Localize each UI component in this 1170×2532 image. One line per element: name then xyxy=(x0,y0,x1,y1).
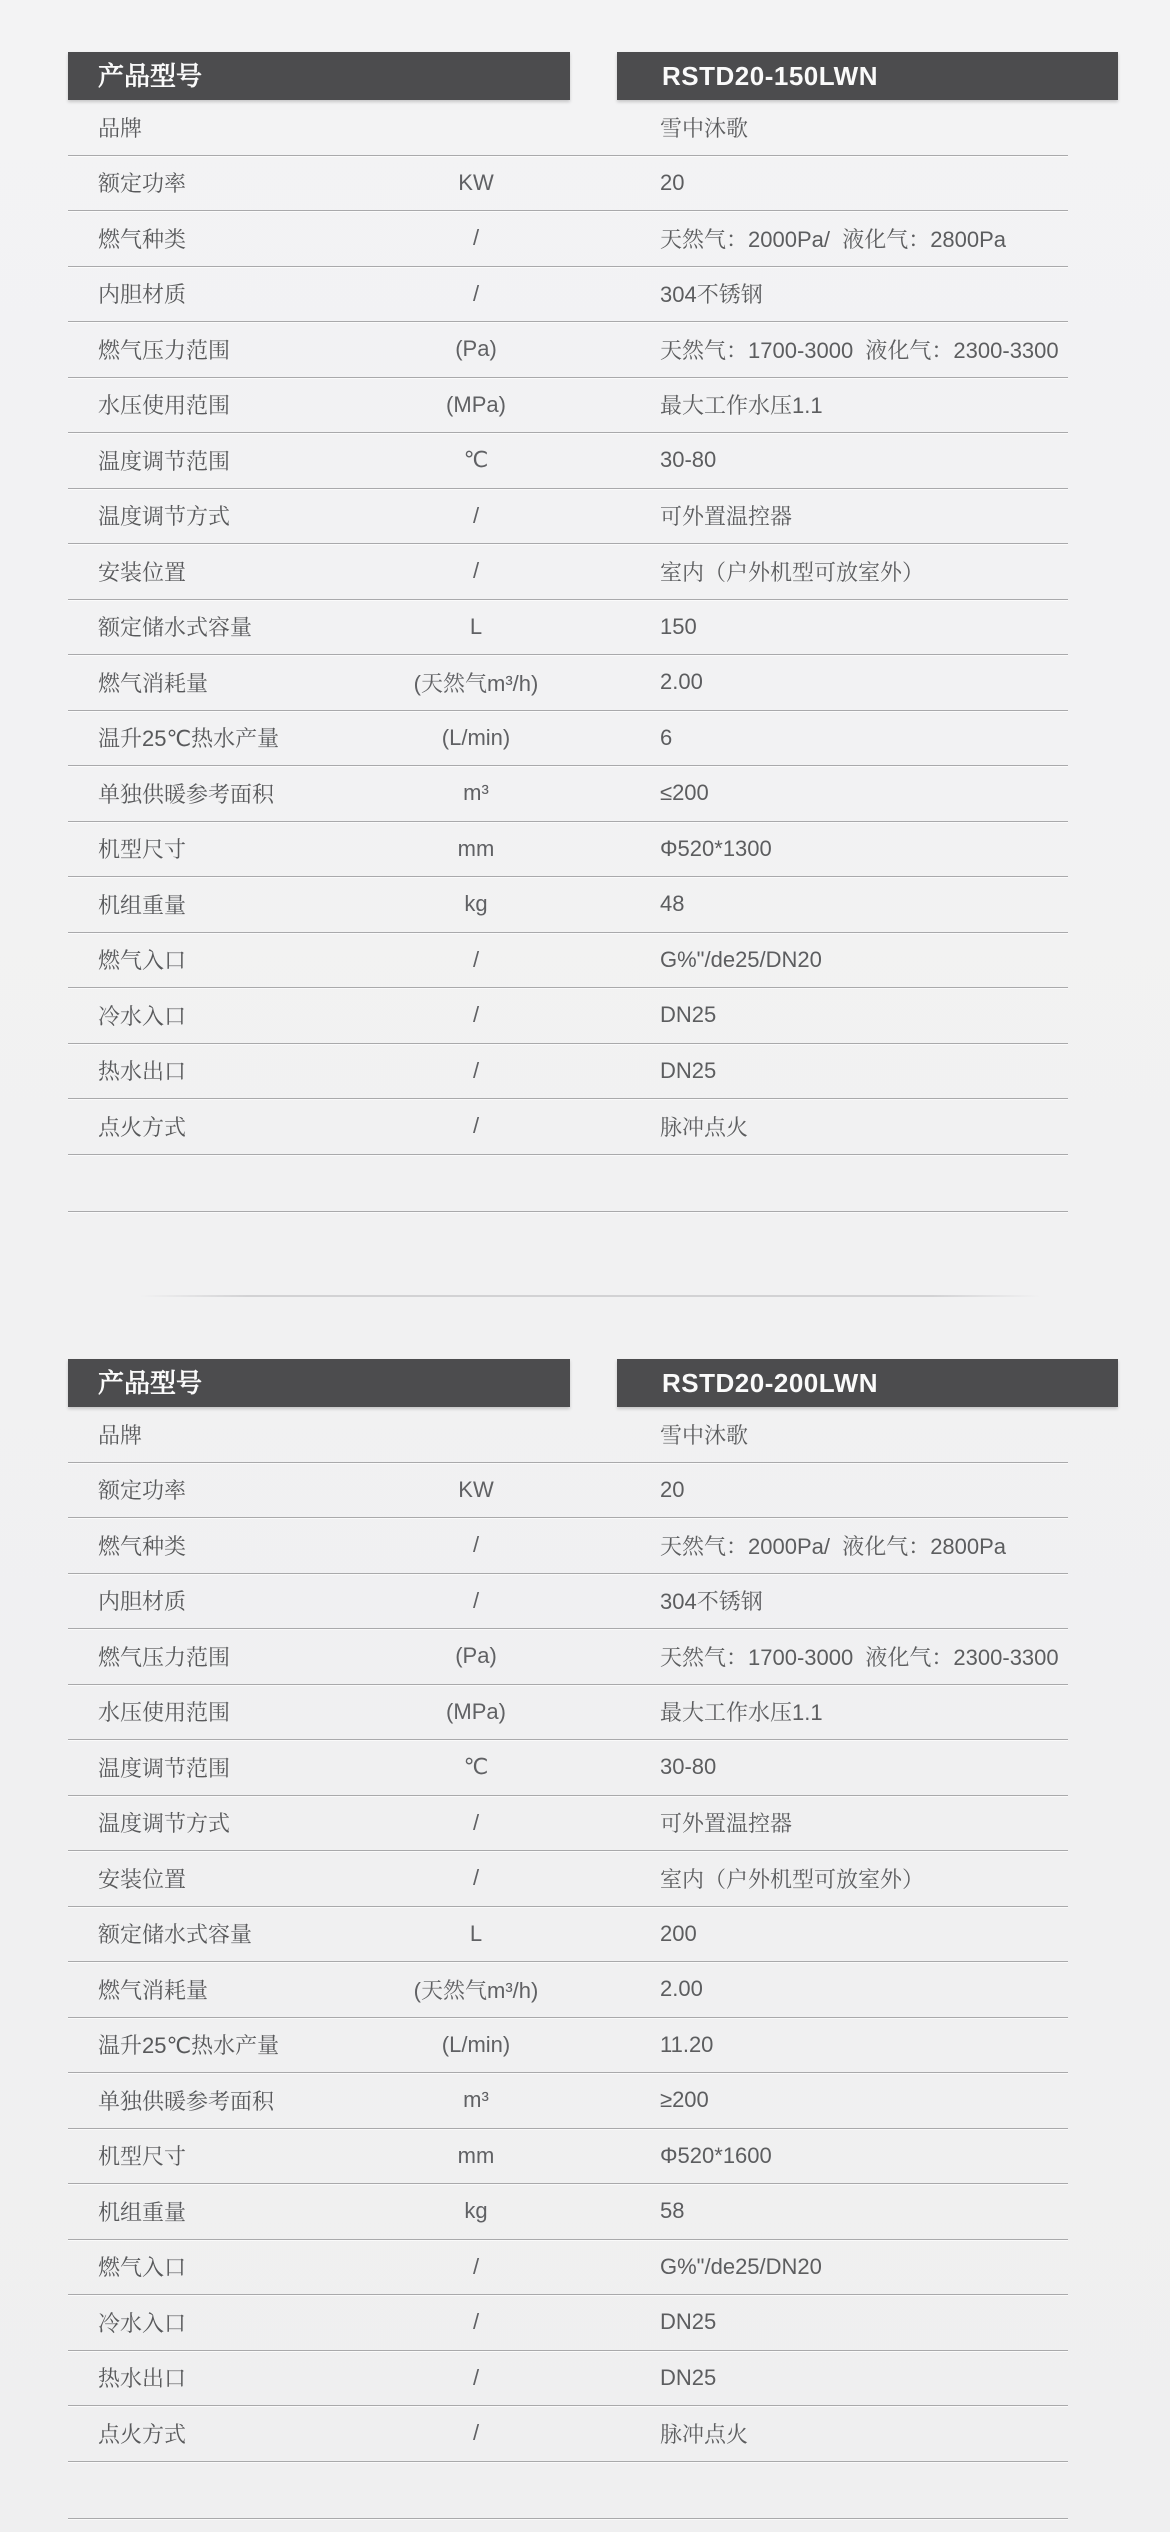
spec-value: 天然气：2000Pa/ 液化气：2800Pa xyxy=(594,223,1068,254)
spec-unit: KW xyxy=(358,170,594,196)
table-row: 额定储水式容量L150 xyxy=(68,600,1068,656)
spec-unit: / xyxy=(358,2309,594,2335)
spec-value: 30-80 xyxy=(594,447,1068,473)
spec-value: 200 xyxy=(594,1921,1068,1947)
spec-value: 天然气：1700-3000 液化气：2300-3300 xyxy=(594,334,1068,365)
table-row: 燃气入口/G%"/de25/DN20 xyxy=(68,2240,1068,2296)
spec-value: 304不锈钢 xyxy=(594,1585,1068,1616)
spec-value: DN25 xyxy=(594,2365,1068,2391)
spec-value: 室内（户外机型可放室外） xyxy=(594,556,1068,587)
spec-label: 单独供暖参考面积 xyxy=(68,2085,358,2116)
spec-unit: ℃ xyxy=(358,447,594,473)
table-row: 安装位置/室内（户外机型可放室外） xyxy=(68,544,1068,600)
spec-unit: / xyxy=(358,1865,594,1891)
spec-unit: / xyxy=(358,2254,594,2280)
spec-table-rstd20-150lwn: 产品型号 RSTD20-150LWN 品牌雪中沐歌额定功率KW20燃气种类/天然… xyxy=(0,52,1170,1212)
spec-unit: (天然气m³/h) xyxy=(358,1974,594,2005)
table-row: 安装位置/室内（户外机型可放室外） xyxy=(68,1851,1068,1907)
table-row: 燃气种类/天然气：2000Pa/ 液化气：2800Pa xyxy=(68,1518,1068,1574)
spec-value: 脉冲点火 xyxy=(594,2418,1068,2449)
spec-unit: mm xyxy=(358,836,594,862)
table-header: 产品型号 RSTD20-200LWN xyxy=(0,1359,1170,1407)
spec-label: 额定储水式容量 xyxy=(68,611,358,642)
spec-unit: (L/min) xyxy=(358,2032,594,2058)
spec-unit: / xyxy=(358,281,594,307)
spec-label: 点火方式 xyxy=(68,1111,358,1142)
spec-unit: / xyxy=(358,1058,594,1084)
empty-row xyxy=(68,2462,1068,2519)
spec-value: 脉冲点火 xyxy=(594,1111,1068,1142)
spec-label: 额定储水式容量 xyxy=(68,1918,358,1949)
spec-value: 室内（户外机型可放室外） xyxy=(594,1863,1068,1894)
spec-label: 燃气种类 xyxy=(68,223,358,254)
spec-value: DN25 xyxy=(594,1058,1068,1084)
spec-value: 58 xyxy=(594,2198,1068,2224)
table-row: 单独供暖参考面积m³≥200 xyxy=(68,2073,1068,2129)
table-row: 点火方式/脉冲点火 xyxy=(68,1099,1068,1155)
spec-value: 48 xyxy=(594,891,1068,917)
spec-unit: (L/min) xyxy=(358,725,594,751)
spec-value: 最大工作水压1.1 xyxy=(594,1696,1068,1727)
table-separator-line xyxy=(140,1295,1040,1297)
spec-unit: mm xyxy=(358,2143,594,2169)
spec-label: 燃气消耗量 xyxy=(68,667,358,698)
spec-value: 6 xyxy=(594,725,1068,751)
spec-table-rstd20-200lwn: 产品型号 RSTD20-200LWN 品牌雪中沐歌额定功率KW20燃气种类/天然… xyxy=(0,1359,1170,2519)
spec-unit: kg xyxy=(358,2198,594,2224)
spec-label: 燃气入口 xyxy=(68,944,358,975)
spec-unit: (Pa) xyxy=(358,1643,594,1669)
table-row: 热水出口/DN25 xyxy=(68,1044,1068,1100)
spec-value: 天然气：1700-3000 液化气：2300-3300 xyxy=(594,1641,1068,1672)
spec-unit: / xyxy=(358,558,594,584)
spec-value: Φ520*1600 xyxy=(594,2143,1068,2169)
spec-unit: kg xyxy=(358,891,594,917)
table-row: 温度调节范围℃30-80 xyxy=(68,1740,1068,1796)
table-row: 温升25℃热水产量(L/min)11.20 xyxy=(68,2018,1068,2074)
spec-value: G%"/de25/DN20 xyxy=(594,947,1068,973)
table-row: 额定功率KW20 xyxy=(68,1463,1068,1519)
table-row: 温升25℃热水产量(L/min)6 xyxy=(68,711,1068,767)
table-row: 品牌雪中沐歌 xyxy=(68,100,1068,156)
spec-unit: / xyxy=(358,1532,594,1558)
spec-value: 雪中沐歌 xyxy=(594,1419,1068,1450)
spec-label: 冷水入口 xyxy=(68,1000,358,1031)
table-row: 燃气消耗量(天然气m³/h)2.00 xyxy=(68,1962,1068,2018)
table-row: 机组重量kg48 xyxy=(68,877,1068,933)
spec-label: 温度调节范围 xyxy=(68,445,358,476)
table-row: 品牌雪中沐歌 xyxy=(68,1407,1068,1463)
spec-value: 天然气：2000Pa/ 液化气：2800Pa xyxy=(594,1530,1068,1561)
spec-value: 可外置温控器 xyxy=(594,1807,1068,1838)
spec-value: DN25 xyxy=(594,2309,1068,2335)
spec-label: 冷水入口 xyxy=(68,2307,358,2338)
table-row: 内胆材质/304不锈钢 xyxy=(68,267,1068,323)
spec-value: 150 xyxy=(594,614,1068,640)
table-row: 温度调节范围℃30-80 xyxy=(68,433,1068,489)
spec-value: 2.00 xyxy=(594,669,1068,695)
table-row: 热水出口/DN25 xyxy=(68,2351,1068,2407)
table-row: 燃气消耗量(天然气m³/h)2.00 xyxy=(68,655,1068,711)
spec-unit: / xyxy=(358,947,594,973)
table-row: 冷水入口/DN25 xyxy=(68,2295,1068,2351)
table-row: 冷水入口/DN25 xyxy=(68,988,1068,1044)
spec-label: 水压使用范围 xyxy=(68,389,358,420)
table-row: 燃气压力范围(Pa)天然气：1700-3000 液化气：2300-3300 xyxy=(68,322,1068,378)
product-model-header-label: 产品型号 xyxy=(68,52,570,100)
spec-value: 最大工作水压1.1 xyxy=(594,389,1068,420)
table-row: 温度调节方式/可外置温控器 xyxy=(68,489,1068,545)
spec-unit: KW xyxy=(358,1477,594,1503)
spec-unit: (Pa) xyxy=(358,336,594,362)
table-row: 额定功率KW20 xyxy=(68,156,1068,212)
table-row: 燃气种类/天然气：2000Pa/ 液化气：2800Pa xyxy=(68,211,1068,267)
spec-label: 温升25℃热水产量 xyxy=(68,2029,358,2060)
spec-unit: (MPa) xyxy=(358,1699,594,1725)
spec-unit: / xyxy=(358,1002,594,1028)
spec-label: 燃气压力范围 xyxy=(68,1641,358,1672)
spec-label: 内胆材质 xyxy=(68,1585,358,1616)
spec-label: 机型尺寸 xyxy=(68,833,358,864)
spec-label: 燃气入口 xyxy=(68,2251,358,2282)
spec-value: 20 xyxy=(594,1477,1068,1503)
spec-value: ≤200 xyxy=(594,780,1068,806)
spec-label: 安装位置 xyxy=(68,556,358,587)
spec-value: 雪中沐歌 xyxy=(594,112,1068,143)
table-row: 机组重量kg58 xyxy=(68,2184,1068,2240)
table-row: 机型尺寸mmΦ520*1600 xyxy=(68,2129,1068,2185)
spec-label: 燃气压力范围 xyxy=(68,334,358,365)
spec-label: 热水出口 xyxy=(68,2362,358,2393)
table-row: 燃气压力范围(Pa)天然气：1700-3000 液化气：2300-3300 xyxy=(68,1629,1068,1685)
product-model-header-label: 产品型号 xyxy=(68,1359,570,1407)
spec-value: 可外置温控器 xyxy=(594,500,1068,531)
spec-label: 机组重量 xyxy=(68,2196,358,2227)
spec-unit: / xyxy=(358,1113,594,1139)
table-row: 水压使用范围(MPa)最大工作水压1.1 xyxy=(68,1685,1068,1741)
table-row: 水压使用范围(MPa)最大工作水压1.1 xyxy=(68,378,1068,434)
table-body: 品牌雪中沐歌额定功率KW20燃气种类/天然气：2000Pa/ 液化气：2800P… xyxy=(68,1407,1068,2519)
spec-unit: / xyxy=(358,2420,594,2446)
spec-label: 温度调节范围 xyxy=(68,1752,358,1783)
spec-label: 品牌 xyxy=(68,112,358,143)
spec-value: G%"/de25/DN20 xyxy=(594,2254,1068,2280)
spec-value: DN25 xyxy=(594,1002,1068,1028)
spec-label: 温升25℃热水产量 xyxy=(68,722,358,753)
spec-value: ≥200 xyxy=(594,2087,1068,2113)
spec-value: 304不锈钢 xyxy=(594,278,1068,309)
spec-unit: m³ xyxy=(358,2087,594,2113)
spec-label: 燃气消耗量 xyxy=(68,1974,358,2005)
spec-label: 机组重量 xyxy=(68,889,358,920)
spec-label: 品牌 xyxy=(68,1419,358,1450)
table-row: 单独供暖参考面积m³≤200 xyxy=(68,766,1068,822)
table-header: 产品型号 RSTD20-150LWN xyxy=(0,52,1170,100)
table-row: 燃气入口/G%"/de25/DN20 xyxy=(68,933,1068,989)
spec-label: 热水出口 xyxy=(68,1055,358,1086)
spec-label: 额定功率 xyxy=(68,167,358,198)
spec-label: 单独供暖参考面积 xyxy=(68,778,358,809)
spec-unit: ℃ xyxy=(358,1754,594,1780)
spec-value: 30-80 xyxy=(594,1754,1068,1780)
spec-value: 11.20 xyxy=(594,2032,1068,2058)
table-body: 品牌雪中沐歌额定功率KW20燃气种类/天然气：2000Pa/ 液化气：2800P… xyxy=(68,100,1068,1212)
spec-label: 燃气种类 xyxy=(68,1530,358,1561)
product-model-value: RSTD20-200LWN xyxy=(617,1359,1118,1407)
table-row: 内胆材质/304不锈钢 xyxy=(68,1574,1068,1630)
spec-label: 安装位置 xyxy=(68,1863,358,1894)
spec-label: 温度调节方式 xyxy=(68,1807,358,1838)
spec-unit: / xyxy=(358,503,594,529)
spec-unit: (天然气m³/h) xyxy=(358,667,594,698)
spec-label: 机型尺寸 xyxy=(68,2140,358,2171)
spec-label: 内胆材质 xyxy=(68,278,358,309)
table-row: 额定储水式容量L200 xyxy=(68,1907,1068,1963)
spec-label: 点火方式 xyxy=(68,2418,358,2449)
spec-value: 20 xyxy=(594,170,1068,196)
spec-label: 温度调节方式 xyxy=(68,500,358,531)
spec-label: 额定功率 xyxy=(68,1474,358,1505)
spec-unit: L xyxy=(358,1921,594,1947)
spec-unit: L xyxy=(358,614,594,640)
spec-unit: m³ xyxy=(358,780,594,806)
spec-value: Φ520*1300 xyxy=(594,836,1068,862)
table-row: 点火方式/脉冲点火 xyxy=(68,2406,1068,2462)
spec-label: 水压使用范围 xyxy=(68,1696,358,1727)
spec-unit: / xyxy=(358,225,594,251)
spec-unit: / xyxy=(358,1588,594,1614)
spec-value: 2.00 xyxy=(594,1976,1068,2002)
table-row: 温度调节方式/可外置温控器 xyxy=(68,1796,1068,1852)
product-model-value: RSTD20-150LWN xyxy=(617,52,1118,100)
spec-unit: / xyxy=(358,2365,594,2391)
spec-unit: / xyxy=(358,1810,594,1836)
spec-unit: (MPa) xyxy=(358,392,594,418)
empty-row xyxy=(68,1155,1068,1212)
table-row: 机型尺寸mmΦ520*1300 xyxy=(68,822,1068,878)
